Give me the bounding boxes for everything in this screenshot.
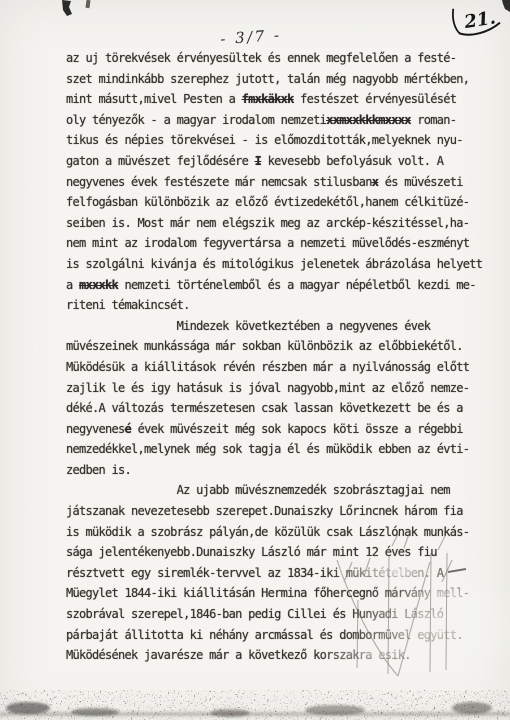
text-segment: nemzeti történelemből és a magyar népéle… [118,278,476,292]
text-line: riteni témakincsét. [66,295,496,316]
text-line: oly tényezők - a magyar irodalom nemzeti… [66,110,496,131]
typewritten-text: az uj törekvések érvényesültek és ennek … [66,48,496,666]
text-line: Az ujabb müvésznemzedék szobrásztagjai n… [66,480,496,501]
text-line: résztvett egy siremlék-tervvel az 1834-i… [66,563,496,584]
overtyped-strikeout: fmxkäkxk [242,92,294,106]
text-segment: roman- [411,113,457,127]
text-segment: is szolgálni kivánja és mitológikus jele… [66,257,482,271]
handwritten-page-number: - 3/7 - [220,26,282,48]
text-segment: negyvenes évek festészete már nemcsak st… [66,175,372,189]
text-line: is müködik a szobrász pályán,de közülük … [66,522,496,543]
scanned-page: az uj törekvések érvényesültek és ennek … [0,0,510,720]
text-segment: résztvett egy siremlék-tervvel az 1834-i… [66,566,443,580]
text-line: sága jelentékenyebb.Dunaiszky László már… [66,542,496,563]
text-line: müvészeinek munkássága már sokban különb… [66,336,496,357]
text-segment: párbaját állitotta ki néhány arcmással é… [66,628,463,642]
handwritten-corner-number: 21. [452,2,502,37]
text-line: tikus és népies törekvései - is előmozdi… [66,130,496,151]
text-segment: felfogásban különbözik az előző évtizede… [66,195,469,209]
text-segment: sága jelentékenyebb.Dunaiszky László már… [66,545,437,559]
text-segment: a [66,278,79,292]
text-line: a mxxxkk nemzeti történelemből és a magy… [66,275,496,296]
text-segment: is müködik a szobrász pályán,de közülük … [66,525,469,539]
text-line: párbaját állitotta ki néhány arcmással é… [66,625,496,646]
text-segment: Müködésének javarésze már a következő ko… [66,648,411,662]
text-line: zedben is. [66,460,496,481]
overtyped-strikeout: xxmxxkkkmxxxx [326,113,411,127]
text-line: szet mindinkább szerephez jutott, talán … [66,69,496,90]
scan-artifact-top-right-corner [502,0,510,12]
text-line: mint másutt,mivel Pesten a fmxkäkxk fest… [66,89,496,110]
text-segment: szet mindinkább szerephez jutott, talán … [66,72,469,86]
text-segment: Mindezek következtében a negyvenes évek [66,319,430,333]
text-segment: Az ujabb müvésznemzedék szobrásztagjai n… [66,483,450,497]
text-segment: Müködésük a kiállitások révén részben má… [66,360,469,374]
text-segment: nem mint az irodalom fegyvertársa a nemz… [66,236,469,250]
bottom-smudge-band [0,690,510,720]
text-segment: szobrával szerepel,1846-ban pedig Cillei… [66,607,443,621]
text-segment: müvészeinek munkássága már sokban különb… [66,339,463,353]
text-segment: kevesebb befolyásuk volt. A [261,154,443,168]
text-line: nemzedékkel,melynek még sok tagja él és … [66,439,496,460]
text-line: felfogásban különbözik az előző évtizede… [66,192,496,213]
text-segment: déké.A változás természetesen csak lassa… [66,401,463,415]
text-segment: az uj törekvések érvényesültek és ennek … [66,51,456,65]
text-line: nem mint az irodalom fegyvertársa a nemz… [66,233,496,254]
text-line: Müködésük a kiállitások révén részben má… [66,357,496,378]
text-line: negyvenes évek festészete már nemcsak st… [66,172,496,193]
text-line: zajlik le és igy hatásuk is jóval nagyob… [66,378,496,399]
text-line: déké.A változás természetesen csak lassa… [66,398,496,419]
corner-number-tick [452,8,461,34]
text-segment: tikus és népies törekvései - is előmozdi… [66,133,463,147]
text-line: is szolgálni kivánja és mitológikus jele… [66,254,496,275]
bottom-edge-smudges [0,702,510,717]
text-segment: mint másutt,mivel Pesten a [66,92,242,106]
text-line: Mindezek következtében a negyvenes évek [66,316,496,337]
corner-number-underline [459,23,502,37]
text-segment: seiben is. Most már nem elégszik meg az … [66,216,469,230]
text-segment: zedben is. [66,463,131,477]
text-line: Müegylet 1844-iki kiállitásán Hermina fő… [66,583,496,604]
text-line: szobrával szerepel,1846-ban pedig Cillei… [66,604,496,625]
text-segment: riteni témakincsét. [66,298,190,312]
text-line: gaton a müvészet fejlődésére I kevesebb … [66,151,496,172]
corner-number-text: 21. [462,7,497,33]
text-line: az uj törekvések érvényesültek és ennek … [66,48,496,69]
ink-blot-top-left [62,0,72,16]
text-segment: játszanak nevezetesebb szerepet.Dunaiszk… [66,504,463,518]
text-segment: festészet érvényesülését [294,92,457,106]
text-line: játszanak nevezetesebb szerepet.Dunaiszk… [66,501,496,522]
text-line: seiben is. Most már nem elégszik meg az … [66,213,496,234]
text-segment: oly tényezők - a magyar irodalom nemzeti [66,113,326,127]
ink-blot-top-left-2 [85,0,90,8]
overtyped-strikeout: mxxxkk [79,278,118,292]
text-segment: évek müvészeit még sok kapocs köti össze… [131,422,463,436]
text-segment: és müvészeti [378,175,463,189]
text-segment: gaton a müvészet fejlődésére [66,154,255,168]
text-line: negyvenesé évek müvészeit még sok kapocs… [66,419,496,440]
text-segment: zajlik le és igy hatásuk is jóval nagyob… [66,381,469,395]
text-segment: nemzedékkel,melynek még sok tagja él és … [66,442,469,456]
text-line: Müködésének javarésze már a következő ko… [66,645,496,666]
text-segment: Müegylet 1844-iki kiállitásán Hermina fő… [66,586,469,600]
text-segment: negyvenes [66,422,125,436]
